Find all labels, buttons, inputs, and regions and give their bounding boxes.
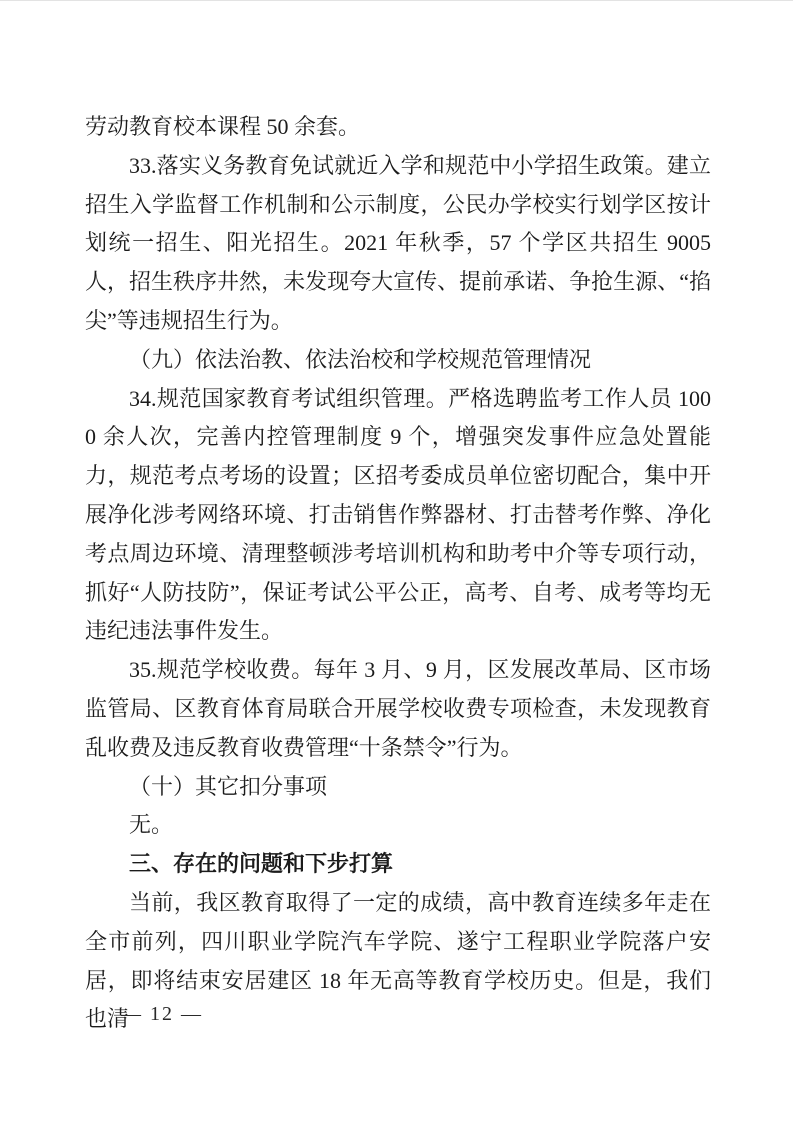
paragraph-35-school-fees: 35.规范学校收费。每年 3 月、9 月，区发展改革局、区市场监管局、区教育体育… [85,651,711,767]
subsection-heading-10-other-deductions: （十）其它扣分事项 [85,768,711,807]
paragraph-labor-education-courses: 劳动教育校本课程 50 余套。 [85,108,711,147]
chapter-heading-3-problems-and-next-steps: 三、存在的问题和下步打算 [85,845,711,884]
paragraph-33-enrollment-policy: 33.落实义务教育免试就近入学和规范中小学招生政策。建立招生入学监督工作机制和公… [85,147,711,341]
document-content: 劳动教育校本课程 50 余套。 33.落实义务教育免试就近入学和规范中小学招生政… [85,108,711,1039]
document-page: 劳动教育校本课程 50 余套。 33.落实义务教育免试就近入学和规范中小学招生政… [0,0,793,1122]
subsection-heading-9-law-based-governance: （九）依法治教、依法治校和学校规范管理情况 [85,341,711,380]
paragraph-none: 无。 [85,806,711,845]
page-number: — 12 — [121,999,203,1029]
paragraph-34-exam-management: 34.规范国家教育考试组织管理。严格选聘监考工作人员 1000 余人次，完善内控… [85,380,711,652]
